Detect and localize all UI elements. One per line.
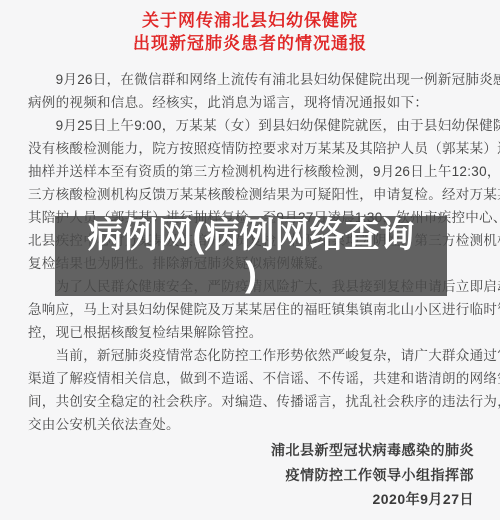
body-line: 当前，新冠肺炎疫情常态化防控工作形势依然严峻复杂，请广大群众通过官方	[28, 344, 474, 367]
body-line: 抽样并送样本至有资质的第三方检测机构进行核酸检测，9月26日上午12:30，第	[28, 160, 474, 183]
body-line: 控，现已根据核酸复检结果解除管控。	[28, 321, 474, 344]
signature-line2: 疫情防控工作领导小组指挥部	[271, 463, 474, 488]
body-line: 急响应，马上对县妇幼保健院及万某某居住的福旺镇集镇南北山小区进行临时管	[28, 298, 474, 321]
body-line: 9月26日，在微信群和网络上流传有浦北县妇幼保健院出现一例新冠肺炎感染	[28, 68, 474, 91]
notice-title: 关于网传浦北县妇幼保健院 出现新冠肺炎患者的情况通报	[0, 0, 500, 55]
notice-page: 关于网传浦北县妇幼保健院 出现新冠肺炎患者的情况通报 9月26日，在微信群和网络…	[0, 0, 500, 520]
watermark-overlay: 病例网(病例网络查询 )	[55, 216, 447, 296]
body-line: 间，共创安全稳定的社会秩序。对编造、传播谣言，扰乱社会秩序的违法行为，将	[28, 390, 474, 413]
watermark-text-line2: )	[55, 256, 447, 294]
body-line: 病例的视频和信息。经核实，此消息为谣言，现将情况通报如下：	[28, 91, 474, 114]
body-line: 9月25日上午9:00，万某某（女）到县妇幼保健院就医，由于县妇幼保健院暂	[28, 114, 474, 137]
watermark-text-line1: 病例网(病例网络查询	[55, 216, 447, 256]
signature-line1: 浦北县新型冠状病毒感染的肺炎	[271, 438, 474, 463]
notice-title-line1: 关于网传浦北县妇幼保健院	[0, 9, 500, 32]
notice-title-line2: 出现新冠肺炎患者的情况通报	[0, 32, 500, 55]
body-line: 三方核酸检测机构反馈万某某核酸检测结果为可疑阳性，申请复检。经对万某某及	[28, 183, 474, 206]
body-line: 交由公安机关依法查处。	[28, 413, 474, 436]
notice-date: 2020年9月27日	[271, 487, 474, 512]
body-line: 渠道了解疫情相关信息，做到不造谣、不信谣、不传谣，共建和谐清朗的网络空	[28, 367, 474, 390]
notice-signature: 浦北县新型冠状病毒感染的肺炎 疫情防控工作领导小组指挥部 2020年9月27日	[271, 438, 474, 512]
body-line: 没有核酸检测能力，院方按照疫情防控要求对万某某及其陪护人员（郭某某）进行	[28, 137, 474, 160]
